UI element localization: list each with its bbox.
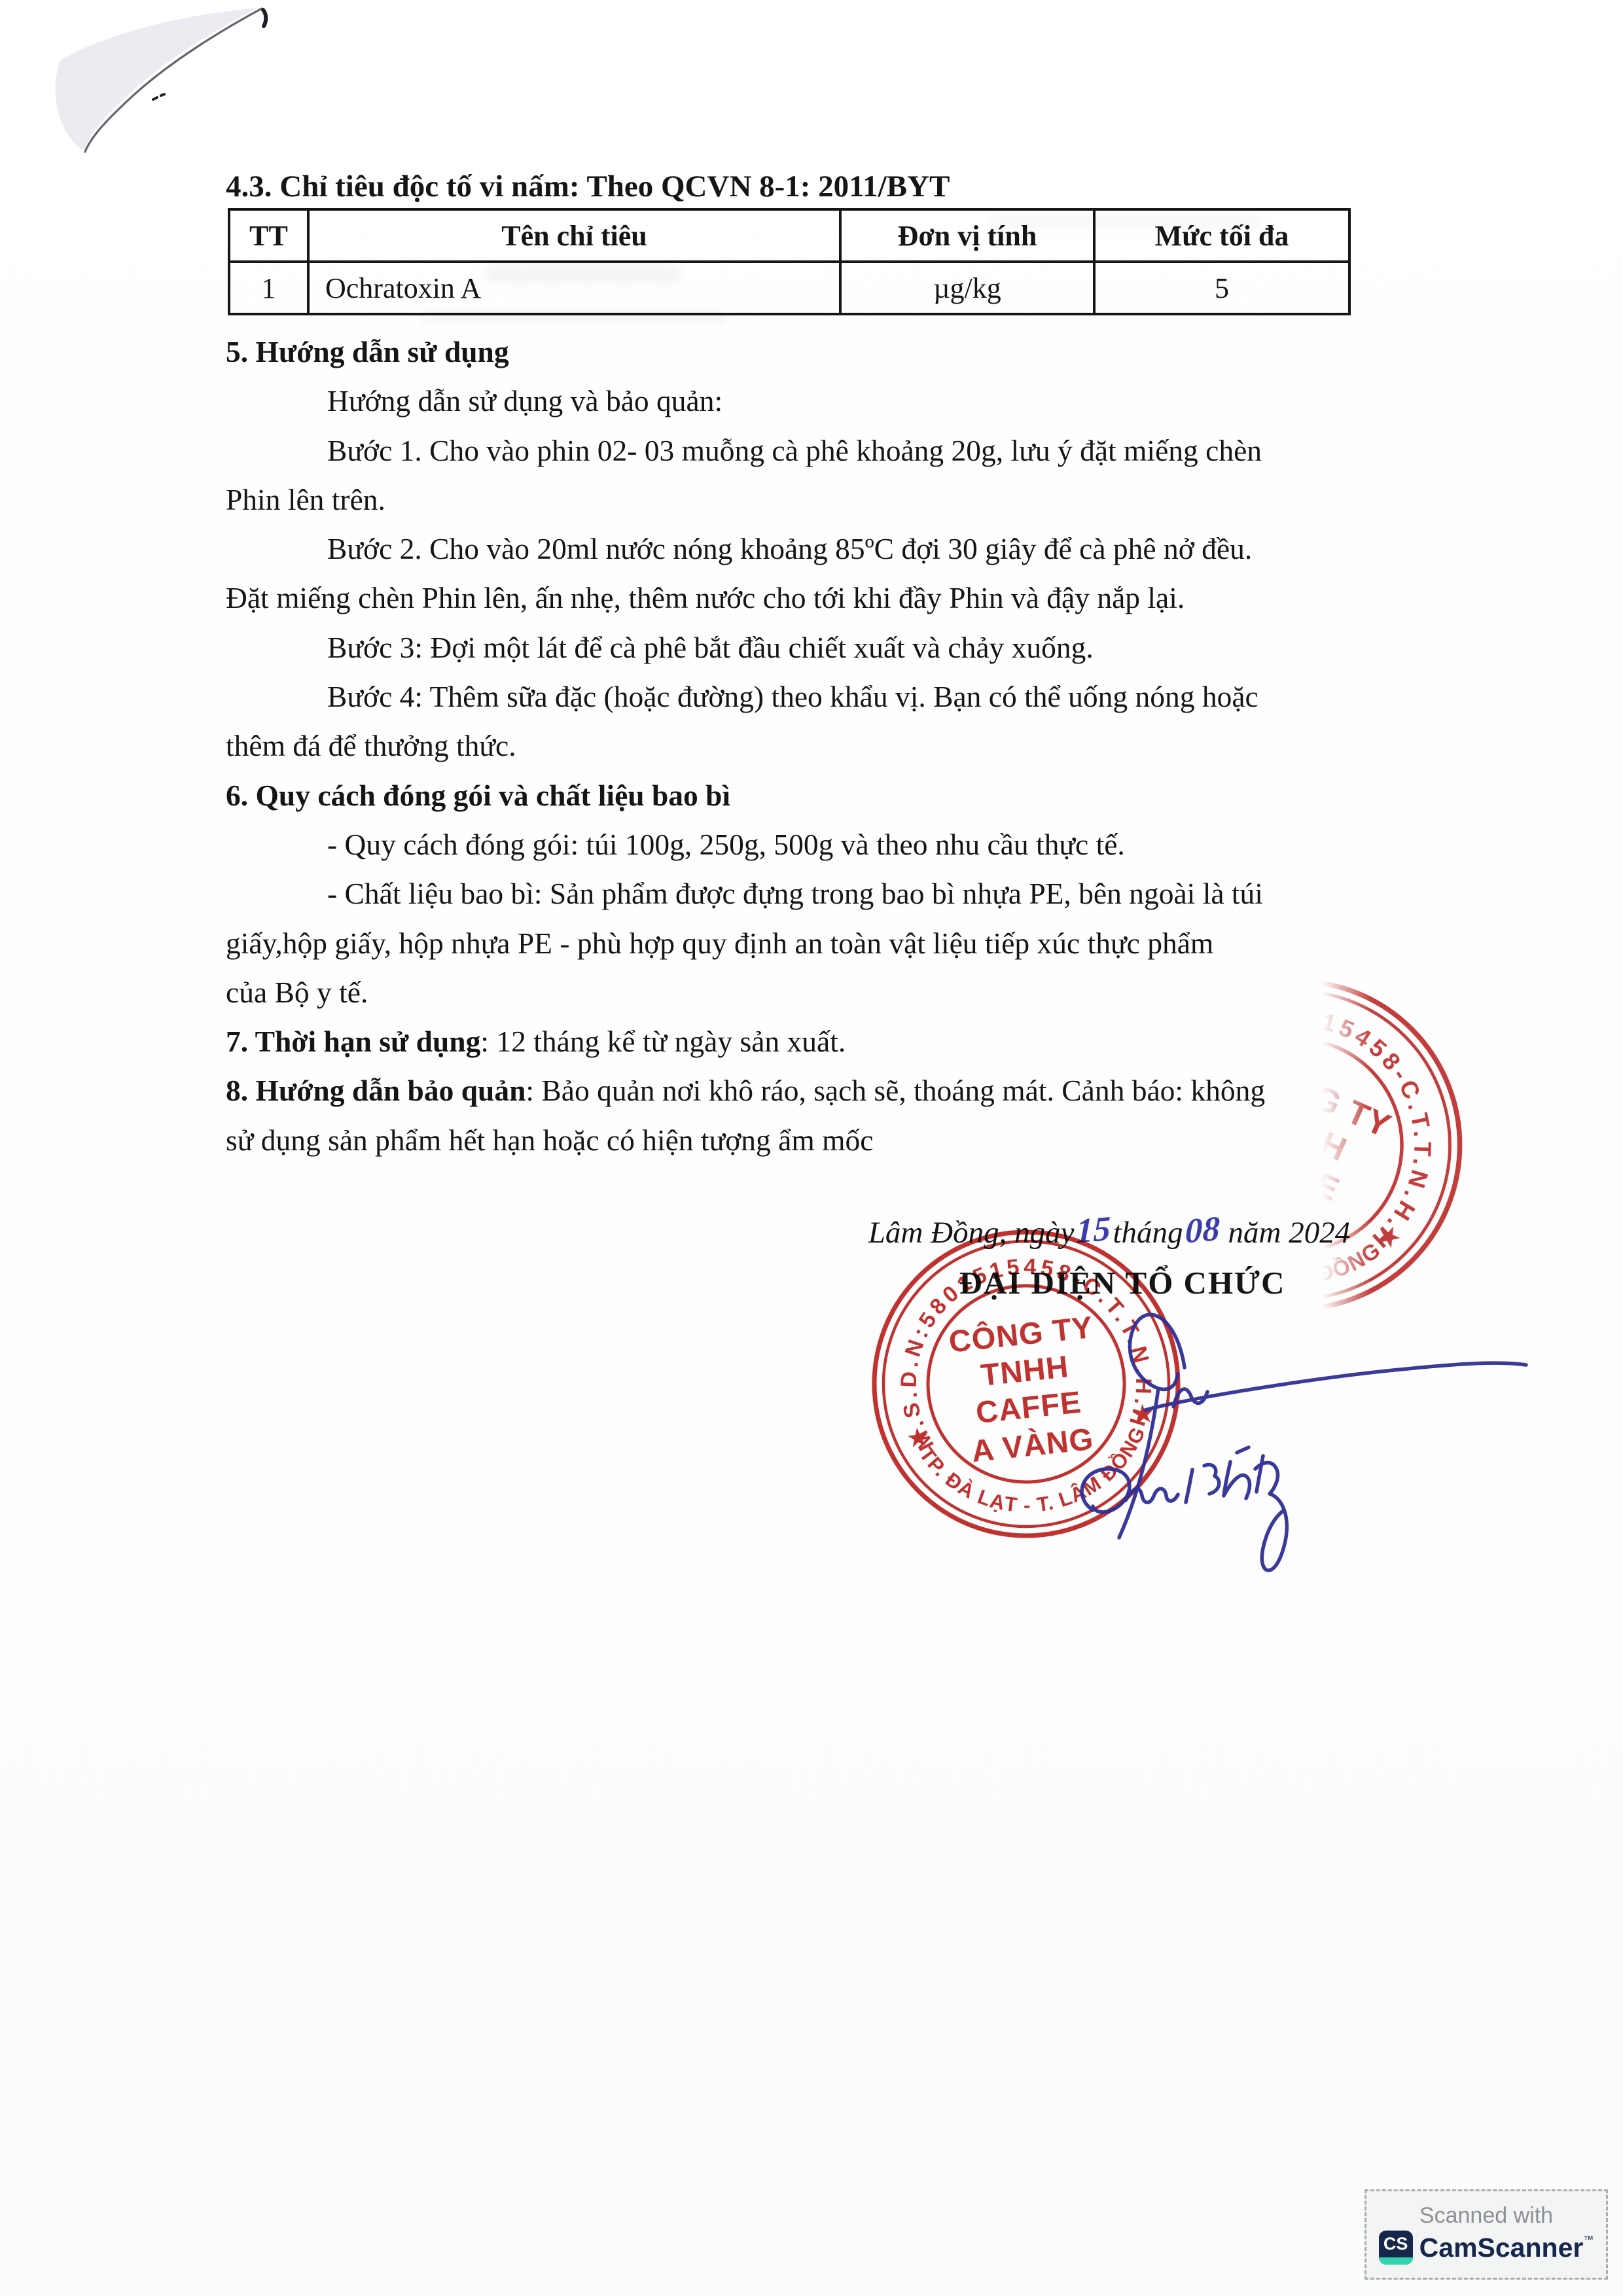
place-date-line: Lâm Đồng, ngày15tháng08năm 2024 [821,1212,1397,1251]
camscanner-logo-icon: CS [1379,2231,1413,2265]
date-month-word: tháng [1113,1216,1183,1250]
cell-criterion: Ochratoxin A [308,262,840,314]
fold-specks [153,94,164,99]
camscanner-watermark: Scanned with CS CamScanner™ [1364,2189,1608,2280]
body-line: thêm đá để thưởng thức. [226,721,1387,770]
camscanner-brand-name: CamScanner [1419,2233,1584,2263]
section-4-3-heading: 4.3. Chỉ tiêu độc tố vi nấm: Theo QCVN 8… [226,169,950,204]
body-line: - Chất liệu bao bì: Sản phẩm được đựng t… [226,869,1387,918]
mycotoxin-criteria-table: TT Tên chỉ tiêu Đơn vị tính Mức tối đa 1… [228,208,1351,315]
section-8-line: 8. Hướng dẫn bảo quản: Bảo quản nơi khô … [226,1066,1387,1115]
handwritten-month: 08 [1185,1209,1220,1252]
section-8-label: 8. Hướng dẫn bảo quản [226,1074,526,1107]
handwritten-day: 15 [1076,1209,1111,1252]
scanned-document-page: 4.3. Chỉ tiêu độc tố vi nấm: Theo QCVN 8… [0,0,1623,2296]
section-5-heading: 5. Hướng dẫn sử dụng [226,327,1387,376]
body-line: Bước 2. Cho vào 20ml nước nóng khoảng 85… [226,524,1387,573]
col-header-max: Mức tối đa [1094,209,1349,262]
document-body: 5. Hướng dẫn sử dụng Hướng dẫn sử dụng v… [226,327,1387,1165]
trademark-symbol: ™ [1583,2234,1594,2246]
fold-edge-line [85,9,262,152]
section-7-text: : 12 tháng kể từ ngày sản xuất. [480,1025,846,1058]
cs-icon-letters: CS [1383,2231,1408,2257]
body-line: giấy,hộp giấy, hộp nhựa PE - phù hợp quy… [226,919,1387,968]
col-header-tt: TT [229,209,308,262]
body-line: - Quy cách đóng gói: túi 100g, 250g, 500… [226,820,1387,869]
cell-max: 5 [1094,262,1349,314]
cell-tt: 1 [229,262,308,314]
cs-icon-teal-bar [1379,2257,1413,2265]
col-header-unit: Đơn vị tính [840,209,1094,262]
body-line: Đặt miếng chèn Phin lên, ấn nhẹ, thêm nư… [226,573,1387,622]
camscanner-brand-row: CS CamScanner™ [1379,2231,1594,2265]
body-line: của Bộ y tế. [226,968,1387,1017]
scan-fold-artifact [0,0,340,196]
handwritten-signature [1082,1315,1526,1570]
table-header-row: TT Tên chỉ tiêu Đơn vị tính Mức tối đa [229,209,1349,262]
representative-title: ĐẠI DIỆN TỔ CHỨC [910,1264,1335,1301]
scanned-with-label: Scanned with [1419,2204,1553,2227]
table-row: 1 Ochratoxin A µg/kg 5 [229,262,1349,314]
col-header-criterion: Tên chỉ tiêu [308,209,840,262]
date-year: năm 2024 [1228,1216,1351,1250]
body-line: Phin lên trên. [226,475,1387,524]
section-6-heading: 6. Quy cách đóng gói và chất liệu bao bì [226,771,1387,820]
body-line: sử dụng sản phẩm hết hạn hoặc có hiện tư… [226,1116,1387,1165]
fold-tick-mark [263,10,266,26]
section-7-line: 7. Thời hạn sử dụng: 12 tháng kể từ ngày… [226,1017,1387,1066]
date-prefix: Lâm Đồng, ngày [868,1216,1075,1250]
body-line: Bước 1. Cho vào phin 02- 03 muỗng cà phê… [226,426,1387,475]
body-line: Bước 4: Thêm sữa đặc (hoặc đường) theo k… [226,672,1387,721]
cell-unit: µg/kg [840,262,1094,314]
body-line: Hướng dẫn sử dụng và bảo quản: [226,376,1387,425]
fold-shadow [56,8,259,150]
section-8-text: : Bảo quản nơi khô ráo, sạch sẽ, thoáng … [526,1074,1265,1107]
body-line: Bước 3: Đợi một lát để cà phê bắt đầu ch… [226,623,1387,672]
section-7-label: 7. Thời hạn sử dụng [226,1025,480,1058]
